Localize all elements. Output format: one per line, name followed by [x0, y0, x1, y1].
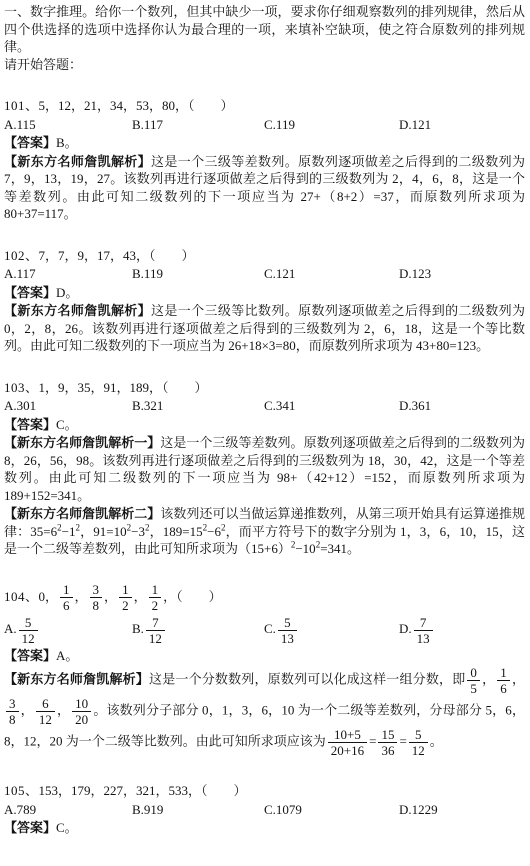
text-run: −3 — [131, 524, 145, 539]
option-c: C.119 — [264, 116, 399, 134]
fraction-numerator: 5 — [278, 616, 297, 631]
fraction-denominator: 2 — [149, 598, 162, 612]
fraction: 10+520+16 — [327, 728, 368, 757]
answer-value: C。 — [56, 417, 78, 432]
question-101: 101、5，12，21，34，53，80，（ ）A.115B.117C.119D… — [4, 97, 525, 223]
text-run: D.361 — [399, 398, 431, 413]
fraction-denominator: 12 — [146, 631, 165, 645]
fraction-numerator: 3 — [90, 583, 103, 598]
text-run: 1，9，35，91，189，（ ） — [39, 380, 208, 395]
option-b: B.321 — [132, 397, 264, 415]
answer-line: 【答案】C。 — [4, 416, 525, 434]
text-run: ，189=15 — [149, 524, 202, 539]
text-run: A. — [4, 621, 17, 636]
answer-value: A。 — [56, 648, 78, 663]
fraction-numerator: 1 — [497, 666, 510, 681]
text-run: = — [399, 734, 406, 749]
fraction-denominator: 20+16 — [328, 743, 367, 757]
answer-label: 【答案】 — [4, 820, 56, 835]
explanation-paragraph: 【新东方名师詹凯解析一】这是一个三级等差数列。原数列逐项做差之后得到的二级数列为… — [4, 434, 525, 504]
text-run: D.1229 — [399, 802, 438, 817]
option-a: A.117 — [4, 265, 132, 283]
bold-label: 【新东方名师詹凯解析】 — [4, 303, 151, 318]
option-d: D.361 — [399, 397, 525, 415]
option-d: D.713 — [399, 614, 525, 646]
explanation-paragraph: 【新东方名师詹凯解析】这是一个分数数列，原数列可以化成这样一组分数，即05，16… — [4, 665, 525, 758]
fraction-numerator: 5 — [409, 728, 428, 743]
fraction-numerator: 5 — [19, 616, 38, 631]
option-d: D.1229 — [399, 801, 525, 819]
fraction: 16 — [59, 583, 74, 612]
fraction-denominator: 8 — [90, 598, 103, 612]
text-run: ，91=10 — [80, 524, 127, 539]
question-102: 102、7，7，9，17，43，（ ）A.117B.119C.121D.123【… — [4, 247, 525, 355]
text-run: B.919 — [132, 802, 163, 817]
explanation-paragraph: 【新东方名师詹凯解析二】该数列还可以当做运算递推数列，从第三项开始具有运算递推规… — [4, 505, 525, 558]
fraction: 513 — [277, 616, 298, 645]
text-run: A.301 — [4, 398, 36, 413]
fraction-denominator: 6 — [60, 598, 73, 612]
text-run: D.123 — [399, 266, 431, 281]
question-number: 104、 — [4, 589, 39, 604]
options-row: A.789B.919C.1079D.1229 — [4, 801, 525, 819]
question-104: 104、0，16，38，12，12，（ ）A.512B.712C.513D.71… — [4, 582, 525, 759]
text-run: 7，7，9，17，43，（ ） — [39, 248, 195, 263]
question-105: 105、153，179，227，321，533，（ ）A.789B.919C.1… — [4, 782, 525, 837]
option-a: A.301 — [4, 397, 132, 415]
bold-label: 【新东方名师詹凯解析二】 — [4, 506, 160, 521]
bold-label: 【新东方名师詹凯解析一】 — [4, 435, 160, 450]
option-a: A.512 — [4, 614, 132, 646]
text-run: ， — [21, 703, 34, 718]
question-number: 101、 — [4, 98, 39, 113]
option-b: B.712 — [132, 614, 264, 646]
question-number: 103、 — [4, 380, 39, 395]
option-d: D.121 — [399, 116, 525, 134]
question-stem: 104、0，16，38，12，12，（ ） — [4, 582, 525, 614]
text-run: C.119 — [264, 117, 295, 132]
answer-label: 【答案】 — [4, 135, 56, 150]
fraction: 612 — [35, 697, 56, 726]
text-run: ， — [104, 589, 117, 604]
text-run: 。 — [430, 734, 443, 749]
text-run: B.119 — [132, 266, 163, 281]
fraction: 712 — [145, 616, 166, 645]
document-page: 一、数字推理。给你一个数列，但其中缺少一项，要求你仔细观察数列的排列规律，然后从… — [0, 0, 530, 837]
fraction-numerator: 7 — [146, 616, 165, 631]
text-run: ， — [482, 672, 495, 687]
question-number: 105、 — [4, 783, 39, 798]
text-run: C. — [264, 621, 276, 636]
text-run: ， — [57, 703, 70, 718]
options-row: A.115B.117C.119D.121 — [4, 116, 525, 134]
text-run: B.321 — [132, 398, 163, 413]
bold-label: 【新东方名师詹凯解析】 — [4, 672, 149, 687]
fraction-denominator: 5 — [467, 681, 480, 695]
fraction-numerator: 7 — [414, 616, 433, 631]
text-run: 153，179，227，321，533，（ ） — [39, 783, 247, 798]
answer-label: 【答案】 — [4, 417, 56, 432]
text-run: = — [369, 734, 376, 749]
fraction-numerator: 15 — [378, 728, 397, 743]
fraction: 38 — [5, 697, 20, 726]
text-run: A.789 — [4, 802, 36, 817]
questions-list: 101、5，12，21，34，53，80，（ ）A.115B.117C.119D… — [4, 97, 525, 837]
answer-value: D。 — [56, 285, 78, 300]
fraction-denominator: 6 — [497, 681, 510, 695]
text-run: D.121 — [399, 117, 431, 132]
answer-line: 【答案】C。 — [4, 819, 525, 837]
question-stem: 105、153，179，227，321，533，（ ） — [4, 782, 525, 800]
fraction: 512 — [408, 728, 429, 757]
fraction-numerator: 10+5 — [328, 728, 367, 743]
fraction-numerator: 1 — [119, 583, 132, 598]
option-c: C.1079 — [264, 801, 399, 819]
question-number: 102、 — [4, 248, 39, 263]
text-run: C.121 — [264, 266, 295, 281]
text-run: −10 — [295, 541, 315, 556]
answer-value: C。 — [56, 820, 78, 835]
text-run: ， — [75, 589, 88, 604]
fraction-denominator: 20 — [72, 712, 91, 726]
fraction-denominator: 13 — [278, 631, 297, 645]
question-103: 103、1，9，35，91，189，（ ）A.301B.321C.341D.36… — [4, 379, 525, 558]
answer-line: 【答案】D。 — [4, 284, 525, 302]
fraction-numerator: 6 — [36, 697, 55, 712]
fraction-numerator: 3 — [6, 697, 19, 712]
text-run: B.117 — [132, 117, 163, 132]
fraction: 12 — [118, 583, 133, 612]
text-run: −6 — [207, 524, 221, 539]
fraction: 38 — [89, 583, 104, 612]
fraction-numerator: 0 — [467, 666, 480, 681]
option-a: A.115 — [4, 116, 132, 134]
explanation-paragraph: 【新东方名师詹凯解析】这是一个三级等比数列。原数列逐项做差之后得到的二级数列为 … — [4, 302, 525, 355]
fraction-numerator: 1 — [60, 583, 73, 598]
section-intro-paragraph: 一、数字推理。给你一个数列，但其中缺少一项，要求你仔细观察数列的排列规律，然后从… — [4, 3, 525, 56]
option-b: B.119 — [132, 265, 264, 283]
answer-line: 【答案】A。 — [4, 647, 525, 665]
bold-label: 【新东方名师詹凯解析】 — [4, 154, 151, 169]
text-run: ， — [512, 672, 525, 687]
option-d: D.123 — [399, 265, 525, 283]
options-row: A.117B.119C.121D.123 — [4, 265, 525, 283]
fraction: 12 — [148, 583, 163, 612]
explanation-paragraph: 【新东方名师詹凯解析】这是一个三级等差数列。原数列逐项做差之后得到的二级数列为 … — [4, 153, 525, 223]
text-run: 5，12，21，34，53，80，（ ） — [39, 98, 234, 113]
fraction-numerator: 1 — [149, 583, 162, 598]
intro-prompt: 请开始答题： — [4, 56, 525, 74]
text-run: B. — [132, 621, 144, 636]
text-run: C.341 — [264, 398, 295, 413]
fraction: 1536 — [377, 728, 398, 757]
fraction: 713 — [413, 616, 434, 645]
option-c: C.121 — [264, 265, 399, 283]
fraction-denominator: 13 — [414, 631, 433, 645]
answer-value: B。 — [56, 135, 78, 150]
options-row: A.301B.321C.341D.361 — [4, 397, 525, 415]
fraction-denominator: 2 — [119, 598, 132, 612]
fraction: 1020 — [71, 697, 92, 726]
fraction-denominator: 12 — [409, 743, 428, 757]
fraction-numerator: 10 — [72, 697, 91, 712]
fraction-denominator: 36 — [378, 743, 397, 757]
text-run: 这是一个分数数列，原数列可以化成这样一组分数，即 — [149, 672, 465, 687]
option-c: C.513 — [264, 614, 399, 646]
answer-line: 【答案】B。 — [4, 134, 525, 152]
fraction-denominator: 8 — [6, 712, 19, 726]
text-run: 0， — [39, 589, 59, 604]
text-run: D. — [399, 621, 412, 636]
text-run: A.115 — [4, 117, 36, 132]
question-stem: 101、5，12，21，34，53，80，（ ） — [4, 97, 525, 115]
option-a: A.789 — [4, 801, 132, 819]
fraction: 05 — [466, 666, 481, 695]
text-run: ， — [134, 589, 147, 604]
options-row: A.512B.712C.513D.713 — [4, 614, 525, 646]
question-stem: 103、1，9，35，91，189，（ ） — [4, 379, 525, 397]
text-run: A.117 — [4, 266, 36, 281]
answer-label: 【答案】 — [4, 285, 56, 300]
fraction: 512 — [18, 616, 39, 645]
text-run: −1 — [62, 524, 76, 539]
text-run: ，（ ） — [163, 589, 222, 604]
fraction: 16 — [496, 666, 511, 695]
fraction-denominator: 12 — [36, 712, 55, 726]
option-b: B.117 — [132, 116, 264, 134]
text-run: =341。 — [320, 541, 360, 556]
option-c: C.341 — [264, 397, 399, 415]
answer-label: 【答案】 — [4, 648, 56, 663]
text-run: C.1079 — [264, 802, 302, 817]
question-stem: 102、7，7，9，17，43，（ ） — [4, 247, 525, 265]
option-b: B.919 — [132, 801, 264, 819]
fraction-denominator: 12 — [19, 631, 38, 645]
